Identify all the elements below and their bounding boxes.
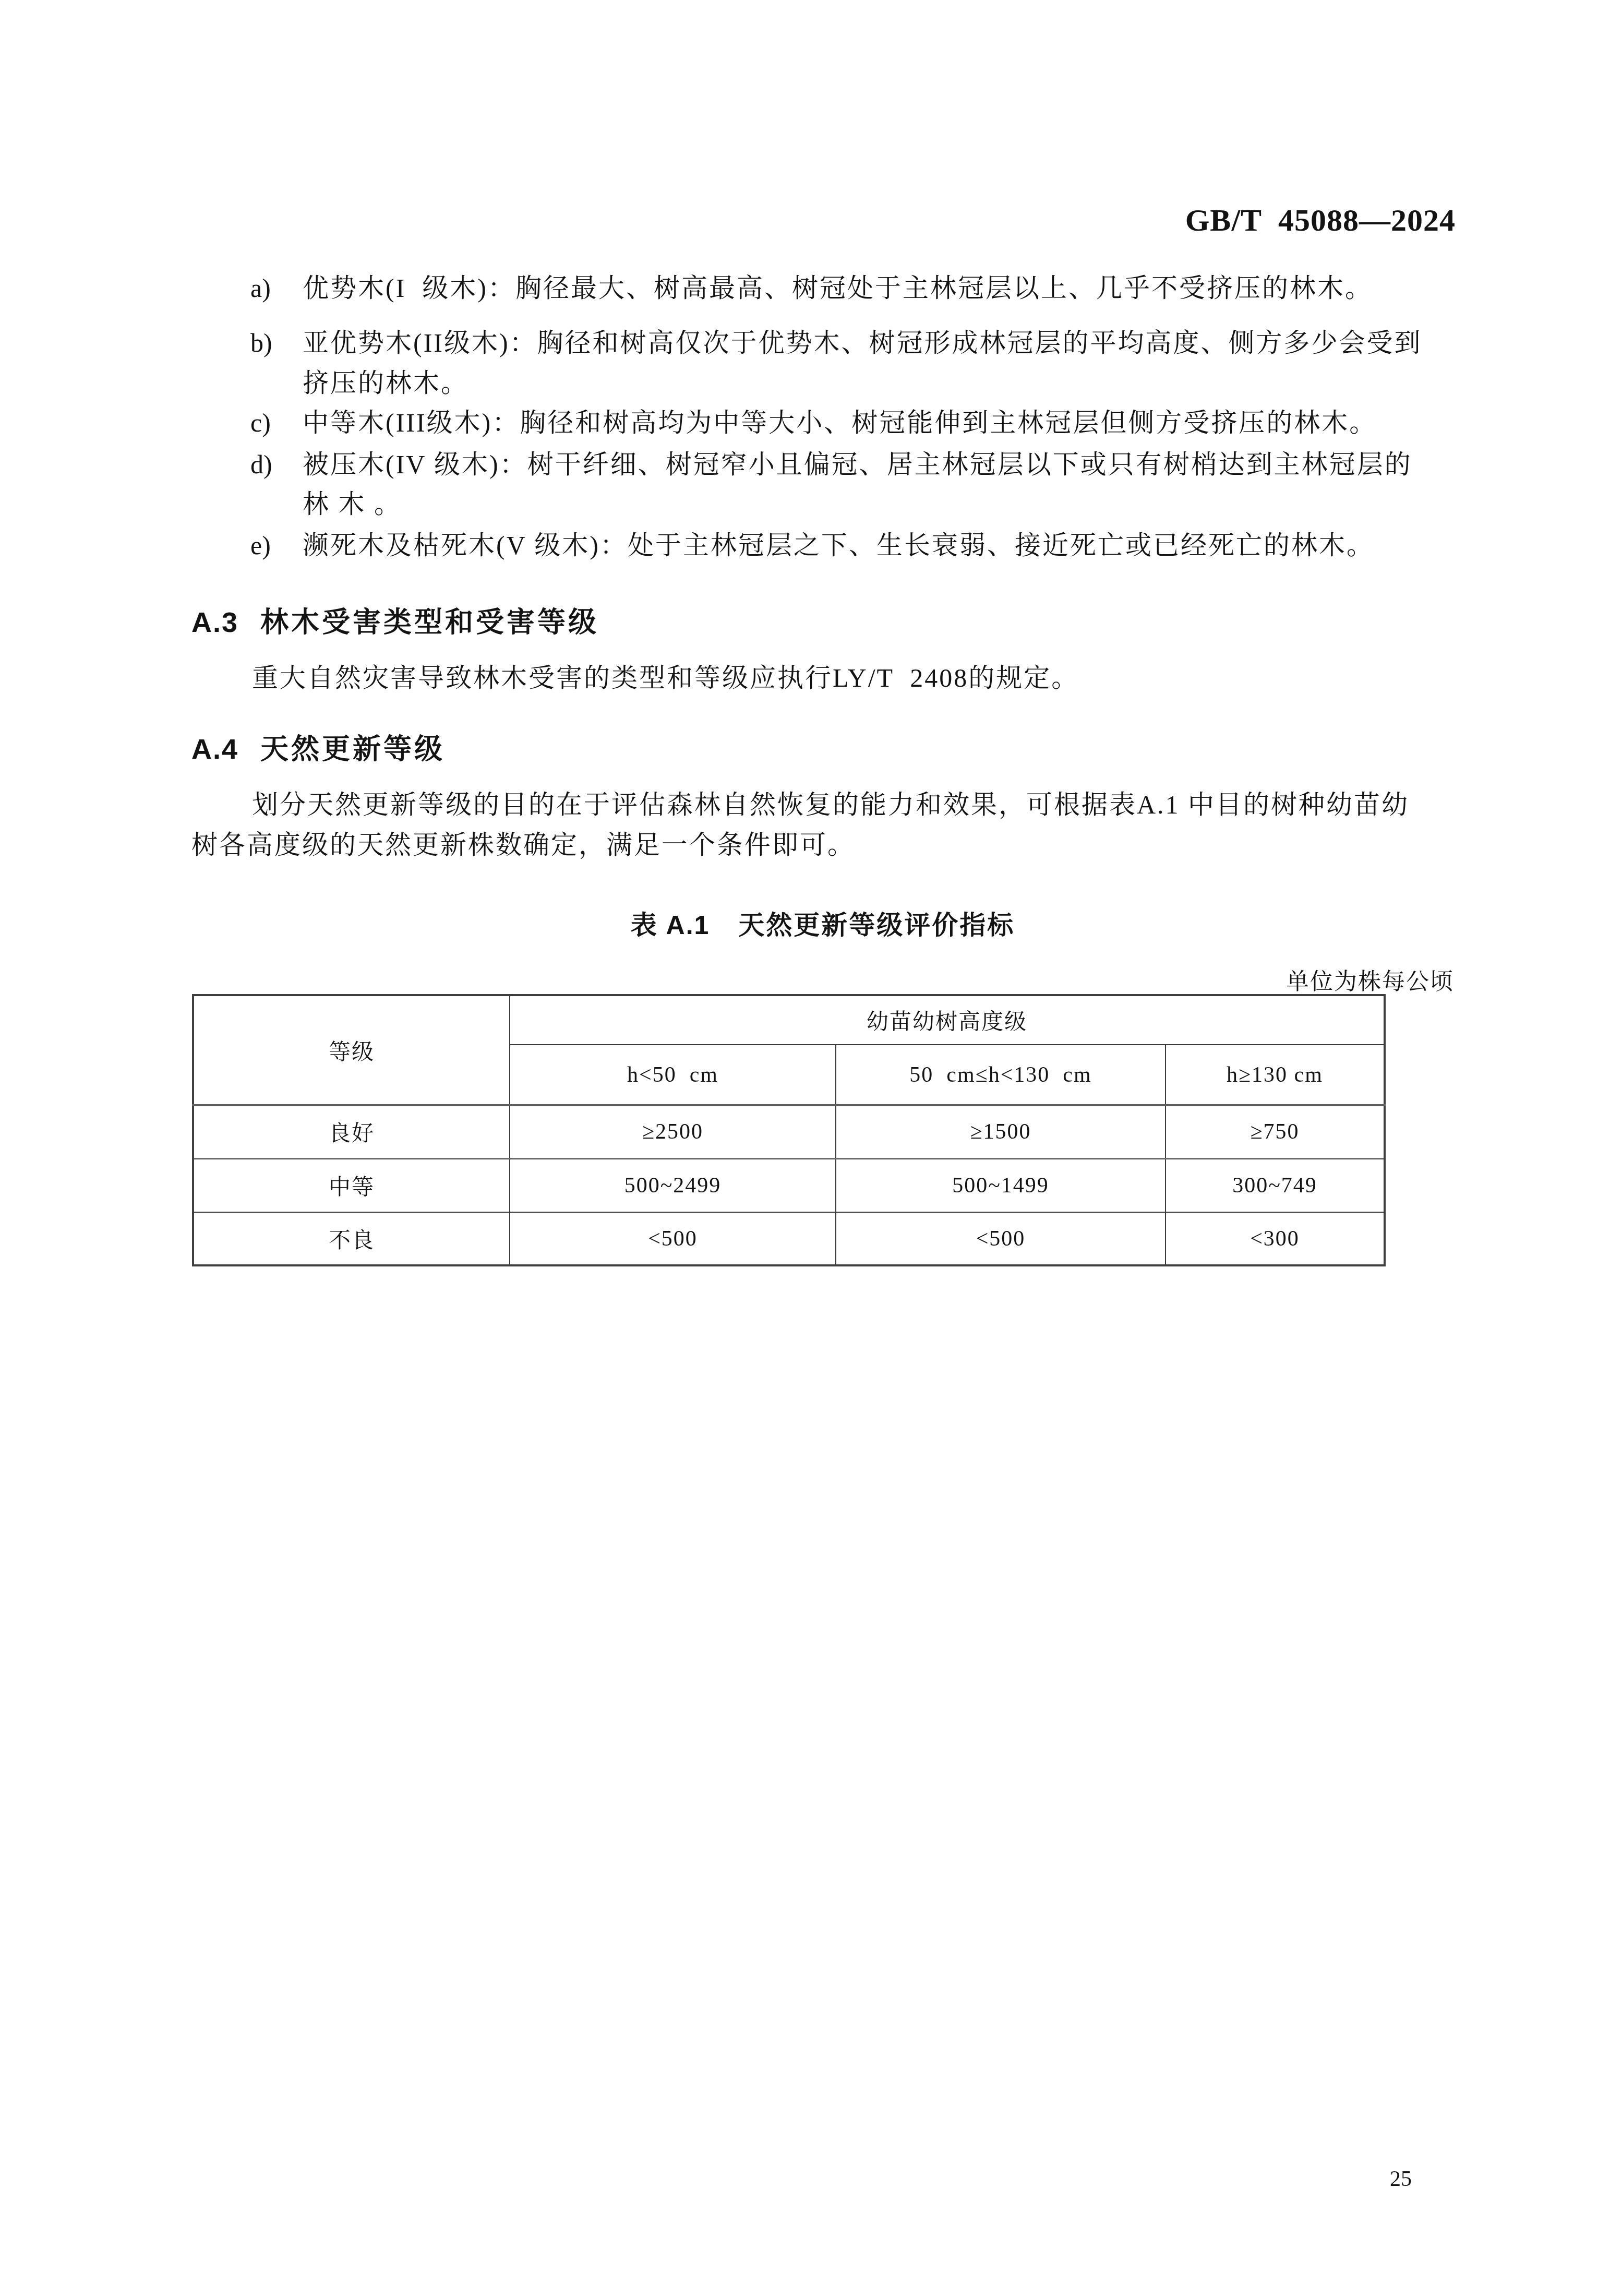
table-row: 中等 500~2499 500~1499 300~749 [193, 1158, 1385, 1212]
list-item-label: a) [250, 273, 303, 304]
list-item-label: e) [250, 531, 303, 561]
height-class-group-header: 幼苗幼树高度级 [510, 995, 1385, 1045]
list-item-label: c) [250, 408, 303, 438]
section-number: A.4 [191, 733, 238, 766]
list-item-text: 濒死木及枯死木(V 级木)：处于主林冠层之下、生长衰弱、接近死亡或已经死亡的林木… [303, 531, 1374, 560]
page-number: 25 [1362, 2167, 1440, 2192]
table-row: 良好 ≥2500 ≥1500 ≥750 [193, 1105, 1385, 1158]
section-a3-paragraph: 重大自然灾害导致林木受害的类型和等级应执行LY/T 2408的规定。 [252, 663, 1079, 693]
list-item-label: d) [250, 450, 303, 480]
section-a4-paragraph-line1: 划分天然更新等级的目的在于评估森林自然恢复的能力和效果，可根据表A.1 中目的树… [252, 790, 1409, 820]
value-cell: ≥750 [1166, 1105, 1385, 1158]
unit-note: 单位为株每公顷 [1148, 963, 1454, 996]
section-a4-heading: A.4 天然更新等级 [191, 727, 445, 767]
grade-cell: 中等 [193, 1158, 510, 1212]
list-item-text: 优势木(I 级木)：胸径最大、树高最高、树冠处于主林冠层以上、几乎不受挤压的林木… [303, 273, 1373, 303]
value-cell: ≥2500 [510, 1105, 836, 1158]
table-caption-label: 表 A.1 [631, 904, 710, 942]
value-cell: <300 [1166, 1212, 1385, 1265]
value-cell: ≥1500 [836, 1105, 1166, 1158]
value-cell: <500 [510, 1212, 836, 1265]
section-number: A.3 [191, 606, 238, 639]
list-item-d: d)被压木(IV 级木)：树干纤细、树冠窄小且偏冠、居主林冠层以下或只有树梢达到… [250, 450, 1412, 480]
regeneration-grade-table: 等级 幼苗幼树高度级 h<50 cm 50 cm≤h<130 cm h≥130 … [192, 994, 1386, 1266]
section-a4-paragraph-line2: 树各高度级的天然更新株数确定，满足一个条件即可。 [191, 830, 855, 860]
grade-cell: 良好 [193, 1105, 510, 1158]
section-title: 林木受害类型和受害等级 [260, 600, 599, 640]
list-item-b: b)亚优势木(II级木)：胸径和树高仅次于优势木、树冠形成林冠层的平均高度、侧方… [250, 328, 1422, 358]
list-item-text: 被压木(IV 级木)：树干纤细、树冠窄小且偏冠、居主林冠层以下或只有树梢达到主林… [303, 450, 1412, 479]
list-item-text: 亚优势木(II级木)：胸径和树高仅次于优势木、树冠形成林冠层的平均高度、侧方多少… [303, 328, 1422, 357]
grade-cell: 不良 [193, 1212, 510, 1265]
value-cell: <500 [836, 1212, 1166, 1265]
table-caption-title: 天然更新等级评价指标 [738, 904, 1015, 942]
table-header-row-1: 等级 幼苗幼树高度级 [193, 995, 1385, 1045]
grade-column-header: 等级 [193, 995, 510, 1105]
table-caption: 表 A.1 天然更新等级评价指标 [191, 904, 1454, 942]
list-item-e: e)濒死木及枯死木(V 级木)：处于主林冠层之下、生长衰弱、接近死亡或已经死亡的… [250, 531, 1374, 561]
list-item-text: 中等木(III级木)：胸径和树高均为中等大小、树冠能伸到主林冠层但侧方受挤压的林… [303, 408, 1377, 437]
list-item-b-continuation: 挤压的林木。 [303, 368, 468, 399]
value-cell: 500~1499 [836, 1158, 1166, 1212]
list-item-c: c)中等木(III级木)：胸径和树高均为中等大小、树冠能伸到主林冠层但侧方受挤压… [250, 408, 1377, 438]
list-item-label: b) [250, 328, 303, 358]
height-class-subheader: 50 cm≤h<130 cm [836, 1045, 1166, 1105]
list-item-d-continuation: 林 木 。 [303, 489, 402, 520]
value-cell: 300~749 [1166, 1158, 1385, 1212]
section-title: 天然更新等级 [260, 727, 445, 767]
section-a3-heading: A.3 林木受害类型和受害等级 [191, 600, 599, 640]
document-page: GB/T 45088—2024 a)优势木(I 级木)：胸径最大、树高最高、树冠… [0, 0, 1622, 2296]
table-row: 不良 <500 <500 <300 [193, 1212, 1385, 1265]
height-class-subheader: h≥130 cm [1166, 1045, 1385, 1105]
value-cell: 500~2499 [510, 1158, 836, 1212]
standard-number-header: GB/T 45088—2024 [1148, 202, 1456, 238]
height-class-subheader: h<50 cm [510, 1045, 836, 1105]
list-item-a: a)优势木(I 级木)：胸径最大、树高最高、树冠处于主林冠层以上、几乎不受挤压的… [250, 273, 1373, 304]
